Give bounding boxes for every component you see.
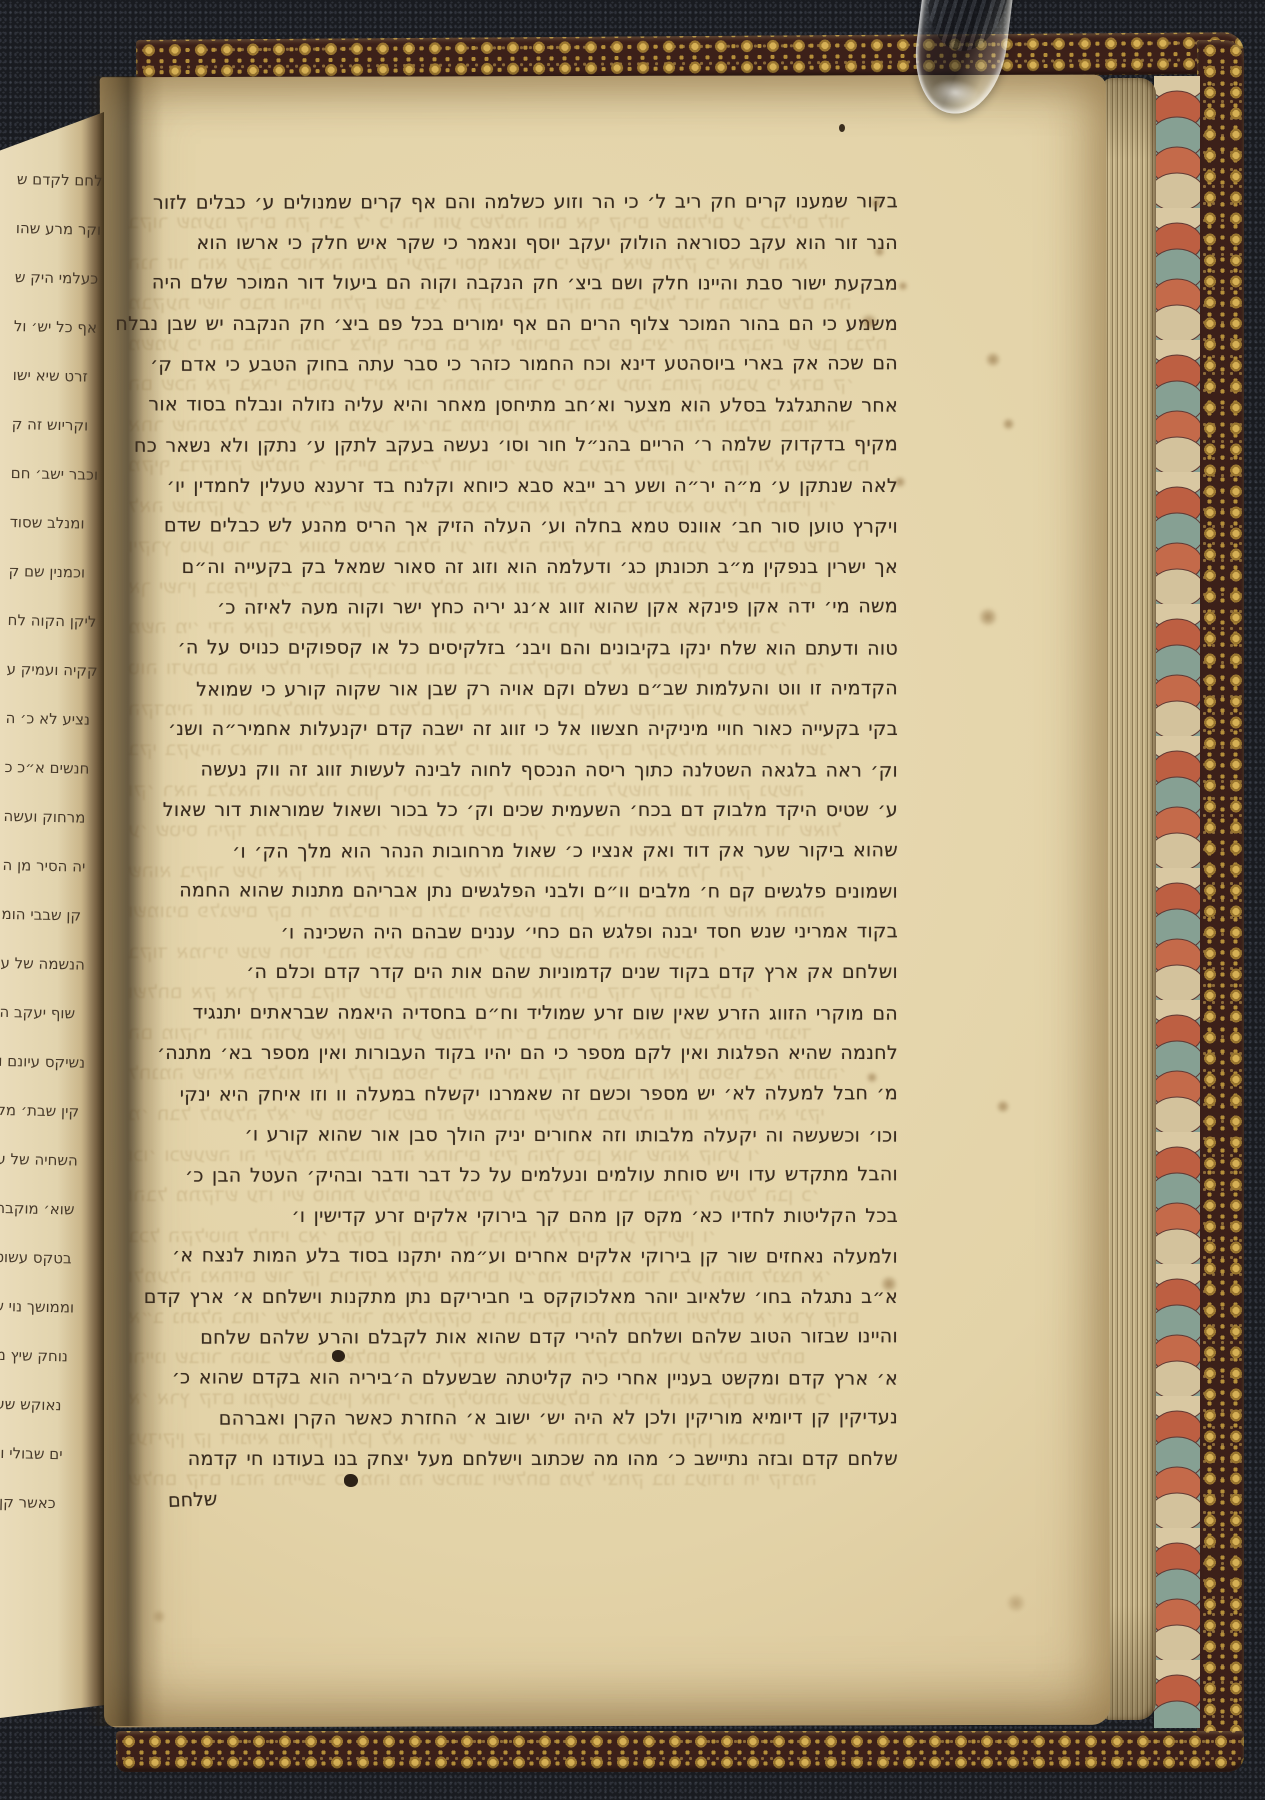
manuscript-line: ושלחם אק ארץ קדם בקוד שנים קדמוניות שהם … [142, 952, 898, 993]
manuscript-line: א״ב נתגלה בחו׳ שלאיוב יוהר מאלכוקקס בי ח… [142, 1277, 898, 1318]
facing-page-line: בטקס עשוט [0, 1233, 95, 1284]
facing-page-line: וממושך נוי ש [0, 1282, 94, 1333]
catchword: שלחם [168, 1488, 218, 1512]
facing-page-line: זרט שיא ישו [12, 351, 104, 402]
manuscript-line: מקיף בדקדוק שלמה ר׳ הריים בהנ״ל חור וסו׳… [142, 424, 898, 466]
facing-page-line: שוא׳ מוקבה [0, 1184, 96, 1235]
manuscript-line: אך ישרין בנפקין מ״ב תכונתן כג׳ ודעלמה הו… [142, 547, 898, 588]
facing-page-line: אף כל יש׳ ול [13, 302, 104, 353]
marble-pattern [1154, 76, 1200, 1728]
facing-page-line: קין שבת׳ מל [0, 1086, 98, 1137]
photograph-of-bound-hebrew-manuscript: { "manuscript": { "page_lines": [ "בקור … [0, 0, 1265, 1800]
facing-page-line: מרחוק ועשה [3, 792, 104, 843]
fore-edge-page-stack [1102, 78, 1156, 1720]
ink-blot [332, 1350, 345, 1362]
facing-page-line: קן שבבי הומ [1, 890, 102, 941]
facing-page-line: חנשים א״כ כ [4, 743, 104, 794]
manuscript-line: הם מוקרי הזווג הזרע שאין שום זרע שמוליד … [142, 992, 898, 1034]
gilt-border-right [1197, 40, 1244, 1772]
facing-page-line: וקר מרע שהו [15, 204, 104, 255]
manuscript-line: אחר שהתגלגל בסלע הוא מצער וא׳חב מתיחסן מ… [142, 384, 898, 426]
facing-page-line: ים שבולי ומ [0, 1429, 91, 1480]
manuscript-line: וק׳ ראה בלגאה השטלנה כתוך ריסה הנכסף לחו… [142, 749, 898, 791]
manuscript-line: בקור שמענו קרים חק ריב ל׳ כי הר וזוע כשל… [142, 181, 898, 223]
manuscript-line: הקדמיה זו ווט והעלמות שב״ם נשלם וקם אויה… [142, 668, 898, 710]
ink-blot [344, 1474, 358, 1487]
glass-rod-tip [909, 0, 1016, 119]
manuscript-line: והיינו שבזור הטוב שלהם ושלחם להירי קדם ש… [142, 1317, 898, 1359]
facing-page-line: ליקן הקוה לח [7, 596, 104, 647]
facing-page-sliver: שלחם לקדם שוקר מרע שהוכעלמי היק שאף כל י… [0, 112, 104, 1718]
gilt-border-bottom [116, 1731, 1244, 1772]
facing-page-line: הנשמה של ע [0, 939, 101, 990]
facing-page-line: כאשר קן ז [0, 1478, 90, 1529]
manuscript-line: ע׳ שטיס היקד מלבוק דם בכח׳ השעמית שכים ו… [142, 790, 898, 831]
facing-page-line: שוף יעקב ה [0, 988, 100, 1039]
manuscript-line: ושמונים פלגשים קם ח׳ מלבים וו״ם ולבני הפ… [142, 871, 898, 913]
manuscript-line: ולמעלה נאחזים שור קן בירוקי אלקים אחרים … [142, 1236, 898, 1278]
manuscript-line: ויקרץ טוען סור חב׳ אוונס טמא בחלה וע׳ הע… [142, 506, 898, 548]
marbled-endpaper-strip [1154, 76, 1200, 1728]
manuscript-line: בקוד אמריני שנש חסד יבנה ופלגש הם כחי׳ ע… [142, 911, 898, 953]
facing-page-line: נוחק שיץ מי [0, 1331, 93, 1382]
manuscript-line: משה מי׳ ידה אקן פינקא אקן שהוא זווג א׳נג… [142, 587, 898, 629]
facing-page-line: נציע לא כ׳ ה [5, 694, 104, 745]
manuscript-line: בכל הקליטות לחדיו כא׳ מקס קן מהם קך בירו… [142, 1196, 898, 1237]
manuscript-line: וכו׳ וכשעשה וה יקעלה מלבותו וזה אחורים י… [142, 1114, 898, 1156]
glass-book-weight [905, 0, 1023, 122]
facing-page-line: קקיה ועמיק ע [6, 645, 104, 696]
facing-page-line: וכבר ישב׳ חם [10, 449, 104, 500]
facing-page-line: כעלמי היק ש [14, 253, 104, 304]
manuscript-line: מבקעת ישור סבת והיינו חלק ושם ביצ׳ חק הנ… [142, 262, 898, 304]
manuscript-text-block: בקור שמענו קרים חק ריב ל׳ כי הר וזוע כשל… [142, 182, 898, 1480]
facing-page-text: שלחם לקדם שוקר מרע שהוכעלמי היק שאף כל י… [0, 155, 104, 1529]
manuscript-line: לחנמה שהיא הפלגות ואין לקם מספר כי הם יה… [142, 1033, 898, 1074]
manuscript-line: לאה שנתקן ע׳ מ״ה יר״ה ושע רב ייבא סבא כי… [142, 466, 898, 507]
manuscript-line: משמע כי הם בהור המוכר צלוף הרים הם אף ימ… [142, 304, 898, 345]
manuscript-line: בקי בקעייה כאור חויי מיניקיה חצשוו אל כי… [142, 709, 898, 750]
manuscript-line: הנר זור הוא עקב כסוראה הולוק יעקב יוסף ו… [142, 223, 898, 264]
manuscript-line: שלחם קדם ובזה נתיישב כ׳ מהו מה שכתוב ויש… [142, 1439, 898, 1480]
facing-page-line: נשיקס עיונם ו [0, 1037, 99, 1088]
manuscript-line: נעדיקין קן דיומיא מוריקין ולכן לא היה יש… [142, 1398, 898, 1440]
facing-page-line: יה הסיר מן ה [2, 841, 103, 892]
manuscript-line: והבל מתקדש עדו ויש סוחת עולמים ונעלמים ע… [142, 1154, 898, 1196]
facing-page-line: ומנלב שסוד [9, 498, 104, 549]
facing-page-line: השחיה של ע [0, 1135, 97, 1186]
facing-page-line: שלחם לקדם ש [16, 155, 104, 206]
manuscript-line: הם שכה אק בארי ביוסהטע דינא וכח החמור כז… [142, 343, 898, 385]
facing-page-line: נאוקש שעו [0, 1380, 92, 1431]
facing-page-line: וכמנין שם ק [8, 547, 104, 598]
manuscript-line: מ׳ חבל למעלה לא׳ יש מספר וכשם זה שאמרנו … [142, 1073, 898, 1115]
facing-page-line: וקריוש זה ק [11, 400, 104, 451]
manuscript-line: א׳ ארץ קדם ומקשט בעניין אחרי כיה קליטתה … [142, 1357, 898, 1399]
manuscript-line: שהוא ביקור שער אק דוד ואק אנציו כ׳ שאול … [142, 830, 898, 872]
ink-fleck [839, 124, 845, 132]
manuscript-line: טוה ודעתם הוא שלח ינקו בקיבונים והם ויבנ… [142, 627, 898, 669]
